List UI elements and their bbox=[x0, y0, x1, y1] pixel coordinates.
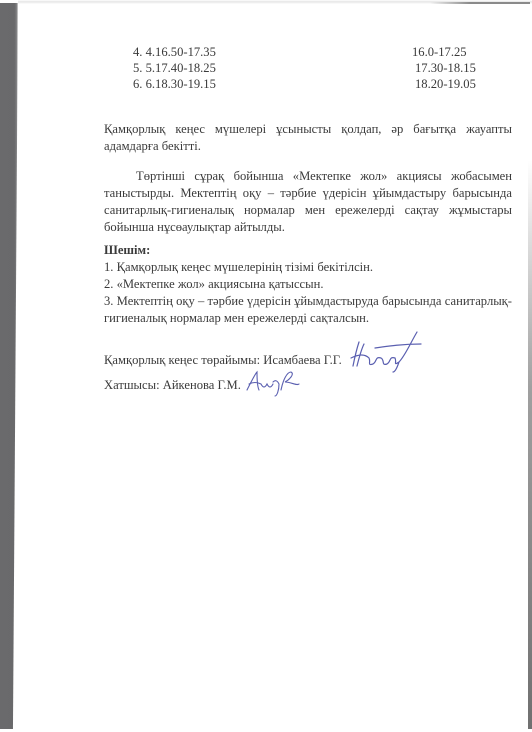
schedule-row-5-left: 5. 5.17.40-18.25 bbox=[133, 60, 216, 76]
schedule-row-4-right: 16.0-17.25 bbox=[412, 44, 467, 60]
chair-signature-mark bbox=[345, 328, 425, 374]
secretary-signature-mark bbox=[243, 368, 303, 398]
fourth-question-text: Төртінші сұрақ бойынша «Мектепке жол» ак… bbox=[104, 168, 512, 236]
document-page: 4. 4.16.50-17.35 16.0-17.25 5. 5.17.40-1… bbox=[0, 0, 532, 732]
schedule-row-6-right: 18.20-19.05 bbox=[415, 76, 476, 92]
secretary-signature-line: Хатшысы: Айкенова Г.М. bbox=[104, 377, 241, 394]
schedule-row-4-left: 4. 4.16.50-17.35 bbox=[133, 44, 216, 60]
chair-signature-line: Қамқорлық кеңес төрайымы: Исамбаева Г.Г. bbox=[104, 352, 342, 369]
decision-item-1: 1. Қамқорлық кеңес мүшелерінің тізімі бе… bbox=[104, 259, 512, 276]
decision-item-3: 3. Мектептің оқу – тәрбие үдерісін ұйымд… bbox=[104, 293, 512, 327]
decision-item-2: 2. «Мектепке жол» акциясына қатыссын. bbox=[104, 276, 512, 293]
approval-text: Қамқорлық кеңес мүшелері ұсынысты қолдап… bbox=[104, 121, 512, 155]
approval-paragraph: Қамқорлық кеңес мүшелері ұсынысты қолдап… bbox=[104, 121, 512, 155]
decision-block: Шешім: 1. Қамқорлық кеңес мүшелерінің ті… bbox=[104, 242, 512, 327]
fourth-question-paragraph: Төртінші сұрақ бойынша «Мектепке жол» ак… bbox=[104, 168, 512, 236]
schedule-row-6-left: 6. 6.18.30-19.15 bbox=[133, 76, 216, 92]
decision-heading: Шешім: bbox=[104, 242, 512, 259]
schedule-row-5-right: 17.30-18.15 bbox=[415, 60, 476, 76]
